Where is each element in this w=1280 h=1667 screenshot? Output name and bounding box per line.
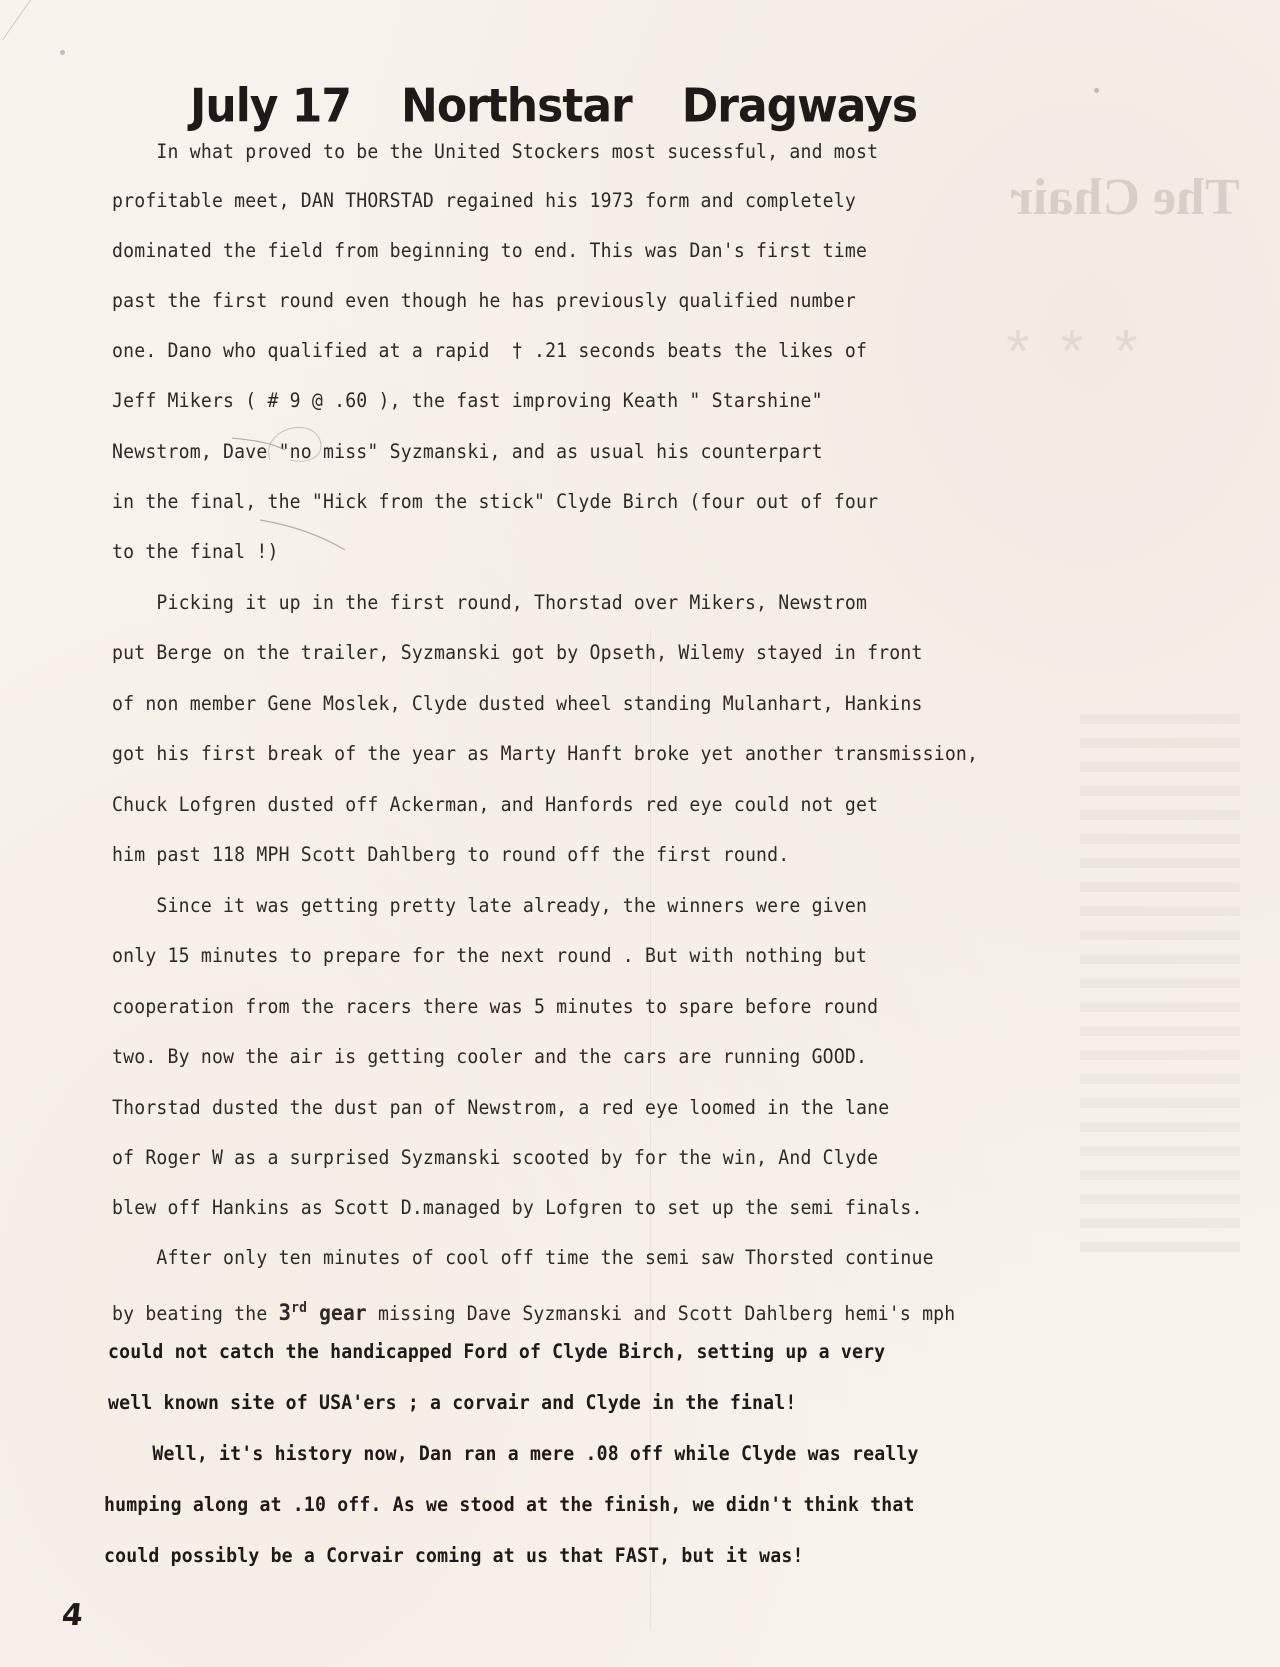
text-line: only 15 minutes to prepare for the next … — [112, 944, 867, 968]
bleed-through-column — [1080, 700, 1240, 1260]
text-line: could possibly be a Corvair coming at us… — [104, 1544, 804, 1568]
text-line: Picking it up in the first round, Thorst… — [112, 591, 867, 615]
newsletter-page: The Chair *** July 17NorthstarDragways I… — [0, 0, 1280, 1667]
text-line: well known site of USA'ers ; a corvair a… — [108, 1391, 796, 1415]
text-line: got his first break of the year as Marty… — [112, 742, 978, 766]
text-line: him past 118 MPH Scott Dahlberg to round… — [112, 843, 789, 867]
text-line: Well, it's history now, Dan ran a mere .… — [108, 1442, 919, 1466]
text-line: After only ten minutes of cool off time … — [112, 1246, 934, 1270]
text-line: profitable meet, DAN THORSTAD regained h… — [112, 189, 856, 213]
text-line: humping along at .10 off. As we stood at… — [104, 1493, 915, 1517]
paper-speck — [1094, 88, 1099, 93]
ordinal-number: 3 — [279, 1301, 292, 1326]
page-number: 4 — [60, 1598, 85, 1633]
text-line: of Roger W as a surprised Syzmanski scoo… — [112, 1146, 878, 1170]
text-line: one. Dano who qualified at a rapid † .21… — [112, 339, 867, 363]
title-venue-part2: Dragways — [682, 80, 917, 134]
text-line: cooperation from the racers there was 5 … — [112, 995, 878, 1019]
bleed-through-rule — [650, 630, 651, 1630]
bleed-through-heading: The Chair — [1010, 168, 1240, 227]
paper-speck — [60, 50, 65, 55]
text-line: Thorstad dusted the dust pan of Newstrom… — [112, 1096, 889, 1120]
folded-corner — [0, 0, 31, 40]
text-line: in the final, the "Hick from the stick" … — [112, 490, 878, 514]
text-line: Since it was getting pretty late already… — [112, 894, 867, 918]
text-line: Jeff Mikers ( # 9 @ .60 ), the fast impr… — [112, 389, 823, 413]
text-line-gear: by beating the 3rd gear missing Dave Syz… — [112, 1296, 955, 1326]
text-line: to the final !) — [112, 540, 279, 564]
text-line: Newstrom, Dave "no miss" Syzmanski, and … — [112, 440, 823, 464]
title-venue-part1: Northstar — [401, 80, 632, 134]
ordinal-suffix: rd — [291, 1300, 307, 1316]
text-line: put Berge on the trailer, Syzmanski got … — [112, 641, 923, 665]
article-title: July 17NorthstarDragways — [190, 80, 917, 134]
bleed-through-stars: *** — [1000, 325, 1162, 393]
title-date: July 17 — [190, 80, 351, 134]
text-line: past the first round even though he has … — [112, 289, 856, 313]
text-line: of non member Gene Moslek, Clyde dusted … — [112, 692, 923, 716]
text-line: In what proved to be the United Stockers… — [112, 140, 878, 164]
text-line: dominated the field from beginning to en… — [112, 239, 867, 263]
text-line: could not catch the handicapped Ford of … — [108, 1340, 885, 1364]
text-line: blew off Hankins as Scott D.managed by L… — [112, 1196, 923, 1220]
text-line: two. By now the air is getting cooler an… — [112, 1045, 867, 1069]
gear-word: gear — [307, 1301, 367, 1325]
text-line: Chuck Lofgren dusted off Ackerman, and H… — [112, 793, 878, 817]
